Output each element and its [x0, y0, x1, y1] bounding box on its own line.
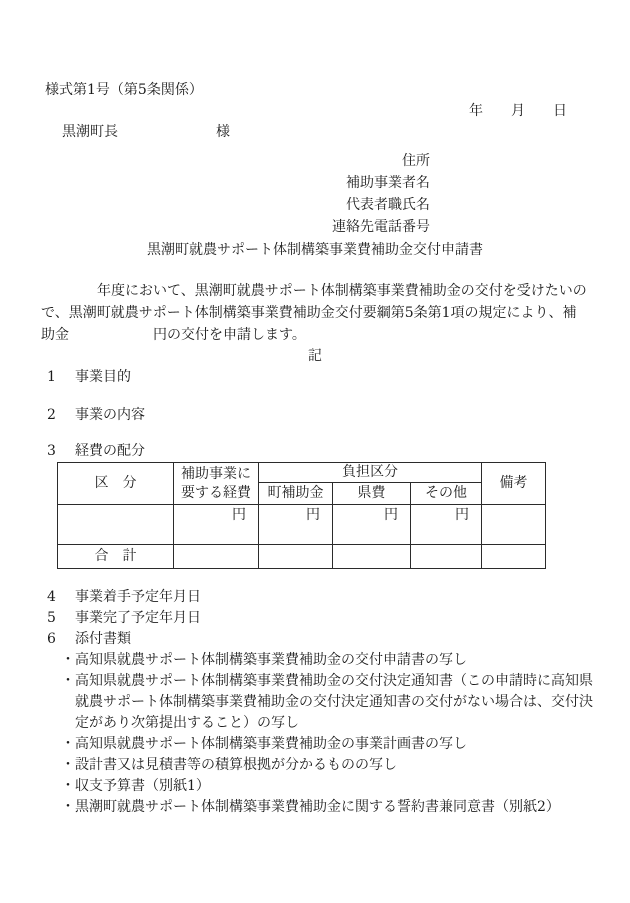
item-1-purpose: 1事業目的: [47, 367, 630, 388]
cell-category-blank: [58, 505, 174, 545]
item-4-start-date: 4事業着手予定年月日: [47, 587, 630, 608]
attachment-grant-decision-notice: ・高知県就農サポート体制構築事業費補助金の交付決定通知書（この申請時に高知県就農…: [45, 671, 600, 734]
sender-business-name-label: 補助事業者名: [45, 172, 430, 194]
addressee-line: 黒潮町長 様: [62, 122, 630, 143]
cell-remarks-blank: [482, 505, 546, 545]
item-6-number: 6: [47, 629, 75, 650]
table-total-row: 合 計: [58, 545, 546, 569]
attachments-list: ・高知県就農サポート体制構築事業費補助金の交付申請書の写し ・高知県就農サポート…: [45, 650, 600, 818]
item-3-label: 経費の配分: [75, 443, 145, 459]
cell-pref-unit: 円: [333, 505, 411, 545]
header-expense-line1: 補助事業に: [174, 465, 258, 484]
item-6-label: 添付書類: [75, 631, 131, 647]
item-5-label: 事業完了予定年月日: [75, 610, 201, 626]
item-4-label: 事業着手予定年月日: [75, 589, 201, 605]
item-6-attached-documents: 6添付書類: [47, 629, 630, 650]
header-town-subsidy: 町補助金: [259, 483, 333, 505]
item-2-number: 2: [47, 405, 75, 426]
header-other: その他: [411, 483, 482, 505]
body-line-1: 年度において、黒潮町就農サポート体制構築事業費補助金の交付を受けたいの: [41, 280, 600, 302]
attachment-application-copy: ・高知県就農サポート体制構築事業費補助金の交付申請書の写し: [45, 650, 600, 671]
attachment-budget-sheet: ・収支予算書（別紙1）: [45, 776, 600, 797]
cell-total-pref-blank: [333, 545, 411, 569]
item-1-label: 事業目的: [75, 369, 131, 385]
cell-total-town-blank: [259, 545, 333, 569]
header-prefecture-expense: 県費: [333, 483, 411, 505]
attachment-pledge-consent: ・黒潮町就農サポート体制構築事業費補助金に関する誓約書兼同意書（別紙2）: [45, 797, 600, 818]
cell-total-remarks-blank: [482, 545, 546, 569]
header-category: 区 分: [58, 463, 174, 505]
cell-other-unit: 円: [411, 505, 482, 545]
document-title: 黒潮町就農サポート体制構築事業費補助金交付申請書: [0, 240, 630, 261]
cost-allocation-table: 区 分 補助事業に 要する経費 負担区分 備考 町補助金 県費 その他 円 円 …: [57, 462, 546, 569]
sender-block: 住所 補助事業者名 代表者職氏名 連絡先電話番号: [45, 150, 430, 238]
document-page: 様式第1号（第5条関係） 年 月 日 黒潮町長 様 住所 補助事業者名 代表者職…: [0, 0, 630, 903]
item-2-contents: 2事業の内容: [47, 405, 630, 426]
header-expense-line2: 要する経費: [174, 484, 258, 503]
header-expense: 補助事業に 要する経費: [174, 463, 259, 505]
item-5-completion-date: 5事業完了予定年月日: [47, 608, 630, 629]
cell-total-expense-blank: [174, 545, 259, 569]
sender-address-label: 住所: [45, 150, 430, 172]
header-burden: 負担区分: [259, 463, 482, 483]
attachment-estimate-basis-copy: ・設計書又は見積書等の積算根拠が分かるものの写し: [45, 755, 600, 776]
item-2-label: 事業の内容: [75, 407, 145, 423]
cell-total-label: 合 計: [58, 545, 174, 569]
body-line-2: で、黒潮町就農サポート体制構築事業費補助金交付要綱第5条第1項の規定により、補: [41, 302, 600, 324]
body-paragraph: 年度において、黒潮町就農サポート体制構築事業費補助金の交付を受けたいの で、黒潮…: [41, 280, 600, 346]
cell-total-other-blank: [411, 545, 482, 569]
body-line-3: 助金 円の交付を申請します。: [41, 324, 600, 346]
table-header-row-1: 区 分 補助事業に 要する経費 負担区分 備考: [58, 463, 546, 483]
date-line: 年 月 日: [0, 101, 567, 122]
item-4-number: 4: [47, 587, 75, 608]
item-3-number: 3: [47, 441, 75, 462]
cell-town-unit: 円: [259, 505, 333, 545]
header-remarks: 備考: [482, 463, 546, 505]
form-number: 様式第1号（第5条関係）: [45, 80, 630, 101]
item-1-number: 1: [47, 367, 75, 388]
item-5-number: 5: [47, 608, 75, 629]
sender-representative-label: 代表者職氏名: [45, 194, 430, 216]
attachment-business-plan-copy: ・高知県就農サポート体制構築事業費補助金の事業計画書の写し: [45, 734, 600, 755]
table-row: 円 円 円 円: [58, 505, 546, 545]
cell-expense-unit: 円: [174, 505, 259, 545]
ki-heading: 記: [0, 346, 630, 367]
sender-phone-label: 連絡先電話番号: [45, 216, 430, 238]
item-3-cost-allocation: 3経費の配分: [47, 441, 630, 462]
